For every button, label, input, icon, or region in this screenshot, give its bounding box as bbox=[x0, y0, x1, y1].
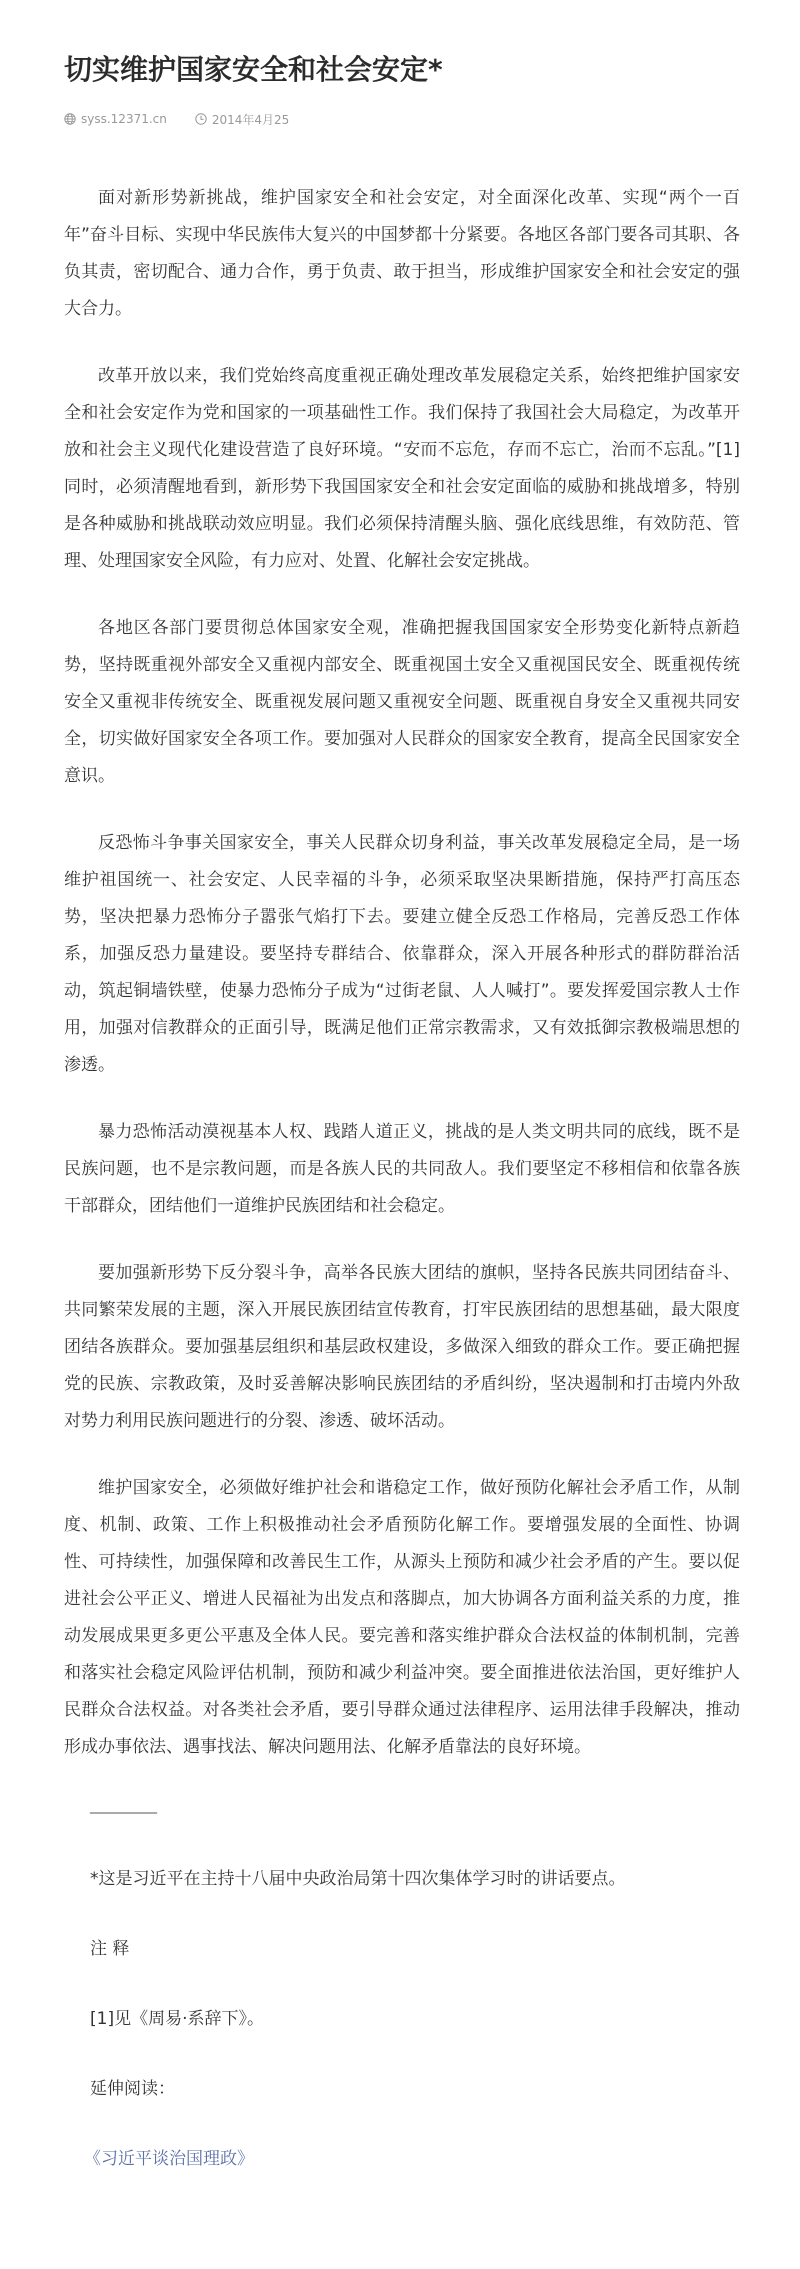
article-body: 面对新形势新挑战，维护国家安全和社会安定，对全面深化改革、实现“两个一百年”奋斗… bbox=[64, 180, 740, 1766]
date-text: 2014年4月25 bbox=[212, 111, 289, 128]
paragraph: 改革开放以来，我们党始终高度重视正确处理改革发展稳定关系，始终把维护国家安全和社… bbox=[64, 358, 740, 580]
source-info: syss.12371.cn bbox=[64, 112, 167, 126]
paragraph: 要加强新形势下反分裂斗争，高举各民族大团结的旗帜，坚持各民族共同团结奋斗、共同繁… bbox=[64, 1255, 740, 1440]
paragraph: 维护国家安全，必须做好维护社会和谐稳定工作，做好预防化解社会矛盾工作，从制度、机… bbox=[64, 1470, 740, 1766]
paragraph: 反恐怖斗争事关国家安全，事关人民群众切身利益，事关改革发展稳定全局，是一场维护祖… bbox=[64, 825, 740, 1084]
clock-icon bbox=[195, 113, 207, 125]
paragraph: 面对新形势新挑战，维护国家安全和社会安定，对全面深化改革、实现“两个一百年”奋斗… bbox=[64, 180, 740, 328]
article-title: 切实维护国家安全和社会安定* bbox=[64, 50, 740, 90]
source-text: syss.12371.cn bbox=[81, 112, 167, 126]
article: 切实维护国家安全和社会安定* syss.12371.cn 2014年4月25 面… bbox=[0, 0, 800, 2214]
article-notes: ___________ *这是习近平在主持十八届中央政治局第十四次集体学习时的讲… bbox=[64, 1796, 740, 2174]
further-reading-link[interactable]: 《习近平谈治国理政》 bbox=[84, 2144, 254, 2174]
date-info: 2014年4月25 bbox=[195, 111, 289, 128]
notes-heading: 注 释 bbox=[90, 1934, 740, 1964]
article-meta: syss.12371.cn 2014年4月25 bbox=[64, 110, 740, 128]
further-reading-label: 延伸阅读： bbox=[90, 2074, 740, 2104]
paragraph: 各地区各部门要贯彻总体国家安全观，准确把握我国国家安全形势变化新特点新趋势，坚持… bbox=[64, 610, 740, 795]
paragraph: 暴力恐怖活动漠视基本人权、践踏人道正义，挑战的是人类文明共同的底线，既不是民族问… bbox=[64, 1114, 740, 1225]
asterisk-note: *这是习近平在主持十八届中央政治局第十四次集体学习时的讲话要点。 bbox=[90, 1864, 740, 1894]
footnote-divider: ___________ bbox=[90, 1796, 740, 1816]
footnote-1: [1]见《周易·系辞下》。 bbox=[90, 2004, 740, 2034]
globe-icon bbox=[64, 113, 76, 125]
